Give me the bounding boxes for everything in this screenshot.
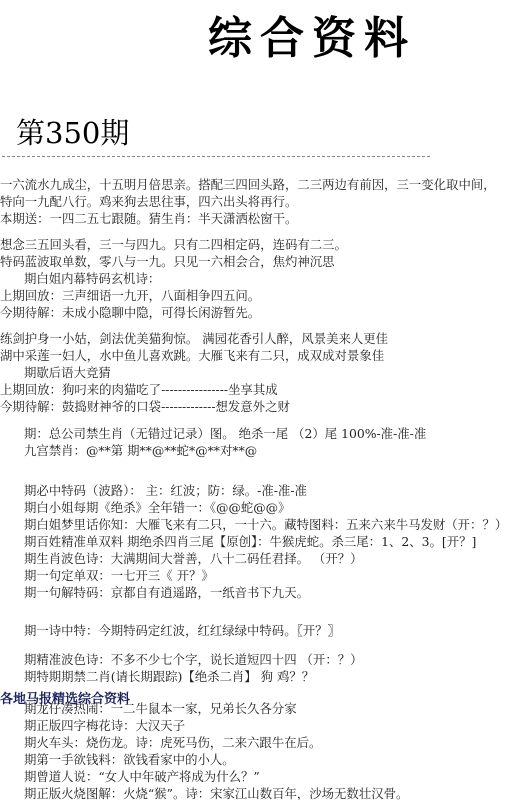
text-line: 期：总公司禁生肖（无错过记录）图。 绝杀一尾 （2）尾 100%-准-准-准 — [24, 426, 426, 442]
text-line: 期特期期禁二肖(请长期跟踪)【绝杀二肖】 狗 鸡？？ — [24, 669, 314, 685]
text-line: 期必中特码（波路）： 主：红波；防：绿。-准-准-准 — [24, 483, 307, 499]
text-line: 湖中采莲一妇人，水中鱼儿喜欢跳。大雁飞来有二只，成双成对景象佳 — [0, 348, 384, 364]
text-line: 期正版火烧图解：火烧“猴”。诗：宋家江山数百年，沙场无数壮汉骨。 — [24, 786, 408, 800]
text-line: 九宫禁肖：@**第 期**@**蛇*@**对**@ — [24, 443, 257, 459]
text-line: 期一句解特码：京都自有逍遥路，一纸音书下九天。 — [24, 585, 309, 601]
text-line: 期百姓精准单双料 期绝杀四肖三尾【原创】：牛猴虎蛇。杀三尾：1、2、3。[开？] — [24, 534, 476, 550]
text-line: 今期待解：未成小隐聊中隐，可得长闲游暂先。 — [0, 305, 260, 321]
text-line: 练剑护身一小姑，剑法优美猫狗惊。 满园花香引人醉，风景美来人更佳 — [0, 331, 388, 347]
text-line: 本期送：一四二五七跟随。猜生肖：半天潇洒松窗干。 — [0, 211, 297, 227]
text-line: 期一诗中特：今期特码定红波，红红绿绿中特码。〖开？〗 — [24, 623, 340, 639]
text-line: 特码蓝波取单数，零八与一九。只见一六相会合，焦灼神沉思 — [0, 254, 335, 270]
text-line: 期歇后语大竞猜 — [24, 365, 111, 381]
divider — [2, 156, 430, 157]
text-line: 期一句定单双：一七开三《 开？》 — [24, 568, 214, 584]
text-line: 期白小姐每期《绝杀》全年错一：《@@蛇@@》 — [24, 500, 290, 516]
text-line: 期第一手欲钱料：欲钱看家中的小人。 — [24, 752, 235, 768]
text-line: 期生肖波色诗：大满期间大誉善，八十二码任君择。 （开？） — [24, 551, 363, 567]
text-line: 期正版四字梅花诗：大汉天子 — [24, 718, 185, 734]
text-line: 期火车头：烧伤龙。诗：虎死马伤，二来六跟牛在后。 — [24, 735, 321, 751]
text-line: 想念三五回头看，三一与四九。只有二四相定码，连码有二三。 — [0, 237, 347, 253]
text-line: 期白姐梦里话你知：大雁飞来有二只，一十六。藏特图料：五来六来牛马发财（开：？） — [24, 517, 507, 533]
section-heading: 各地马报精选综合资料 — [0, 692, 130, 708]
page-title: 综合资料 — [208, 14, 416, 64]
issue-number: 第350期 — [16, 116, 129, 150]
text-line: 期精准波色诗：不多不少七个字，说长道短四十四 （开：？） — [24, 652, 363, 668]
text-line: 上期回放：三声细语一九开，八面相争四五问。 — [0, 288, 260, 304]
text-line: 上期回放：狗叼来的肉猫吃了----------------坐享其成 — [0, 382, 278, 398]
text-line: 一六流水九成尘，十五明月倍思亲。搭配三四回头路，二三两边有前因，三一变化取中间， — [0, 177, 496, 193]
text-line: 期白姐内幕特码玄机诗： — [24, 271, 160, 287]
text-line: 期曾道人说：“女人中年破产将成为什么？” — [24, 769, 260, 785]
text-line: 特向一九配八行。鸡来狗去思往事，四六出头将再行。 — [0, 194, 297, 210]
text-line: 今期待解：鼓捣财神爷的口袋-------------想发意外之财 — [0, 399, 290, 415]
